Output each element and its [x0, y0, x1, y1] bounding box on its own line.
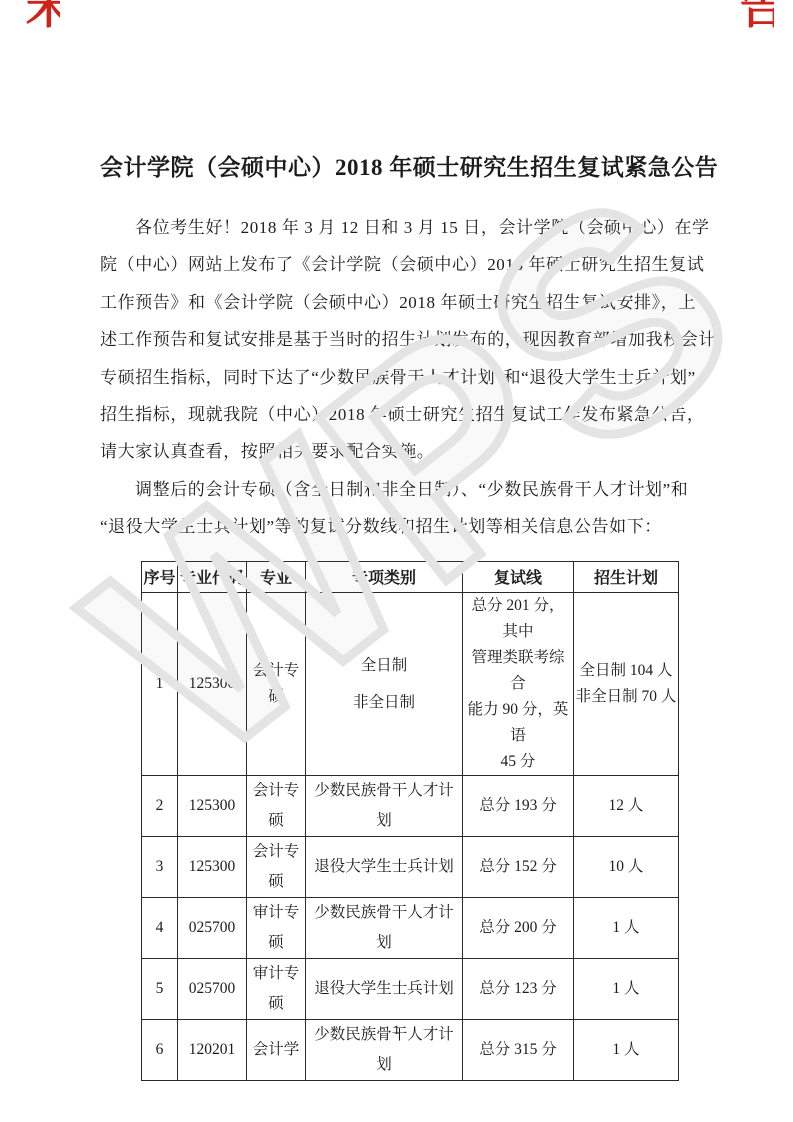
- table-cell-line: 会计专硕: [248, 837, 304, 897]
- table-cell-line: 1 人: [575, 913, 677, 943]
- paragraph-line: 请大家认真查看，按照相关要求配合实施。: [100, 433, 693, 470]
- paragraph-line: 专硕招生指标，同时下达了“少数民族骨干人才计划”和“退役大学生士兵计划”: [100, 359, 693, 396]
- table-cell: 1 人: [574, 958, 679, 1019]
- table-cell-line: 45 分: [464, 749, 572, 775]
- table-cell: 5: [142, 958, 178, 1019]
- red-stamp-glyph-right: 告: [740, 0, 774, 38]
- table-header-cell: 复试线: [463, 561, 574, 592]
- table-cell: 总分 200 分: [463, 897, 574, 958]
- table-cell: 退役大学生士兵计划: [306, 836, 463, 897]
- paragraph-line: 各位考生好！2018 年 3 月 12 日和 3 月 15 日，会计学院（会硕中…: [100, 209, 693, 246]
- table-cell-line: 5: [143, 974, 176, 1004]
- table-cell-line: 1 人: [575, 1035, 677, 1065]
- table-cell-line: 025700: [179, 974, 245, 1004]
- table-header-cell: 招生计划: [574, 561, 679, 592]
- red-stamp-fragment-right: 告: [740, 0, 774, 47]
- table-cell-line: 全日制: [307, 647, 461, 684]
- table-cell-line: 125300: [179, 791, 245, 821]
- table-cell: 会计专硕: [247, 836, 306, 897]
- table-row: 5025700审计专硕退役大学生士兵计划总分 123 分1 人: [142, 958, 679, 1019]
- table-cell-line: 总分 193 分: [464, 791, 572, 821]
- table-cell: 全日制非全日制: [306, 592, 463, 775]
- paragraph: 各位考生好！2018 年 3 月 12 日和 3 月 15 日，会计学院（会硕中…: [100, 209, 693, 471]
- table-cell-line: 6: [143, 1035, 176, 1065]
- table-cell: 审计专硕: [247, 958, 306, 1019]
- table-cell: 会计专硕: [247, 592, 306, 775]
- table-row: 4025700审计专硕少数民族骨干人才计划总分 200 分1 人: [142, 897, 679, 958]
- table-cell-line: 3: [143, 852, 176, 882]
- table-cell-line: 会计学: [248, 1035, 304, 1065]
- paragraph: 调整后的会计专硕（含全日制和非全日制）、“少数民族骨干人才计划”和“退役大学生士…: [100, 471, 693, 546]
- table-cell: 025700: [178, 897, 247, 958]
- table-cell-line: 审计专硕: [248, 959, 304, 1019]
- table-header-cell: 专业代码: [178, 561, 247, 592]
- table-cell-line: 管理类联考综合: [464, 645, 572, 697]
- table-header-cell: 序号: [142, 561, 178, 592]
- table-cell: 少数民族骨干人才计划: [306, 775, 463, 836]
- table-cell: 125300: [178, 836, 247, 897]
- table-cell: 2: [142, 775, 178, 836]
- table-cell: 退役大学生士兵计划: [306, 958, 463, 1019]
- paragraph-line: 述工作预告和复试安排是基于当时的招生计划发布的，现因教育部增加我校会计: [100, 321, 693, 358]
- table-cell: 4: [142, 897, 178, 958]
- table-header: 序号专业代码专业专项类别复试线招生计划: [142, 561, 679, 592]
- table-cell-line: 10 人: [575, 852, 677, 882]
- table-cell-line: 12 人: [575, 791, 677, 821]
- table-cell-line: 125300: [179, 671, 245, 697]
- table-cell: 12 人: [574, 775, 679, 836]
- table-cell: 总分 193 分: [463, 775, 574, 836]
- table-cell-line: 非全日制 70 人: [575, 684, 677, 710]
- table-cell: 125300: [178, 775, 247, 836]
- table-cell-line: 120201: [179, 1035, 245, 1065]
- table-cell-line: 1 人: [575, 974, 677, 1004]
- page-number: 1: [0, 1022, 793, 1038]
- table-cell: 10 人: [574, 836, 679, 897]
- table-cell-line: 总分 201 分，其中: [464, 593, 572, 645]
- table-cell: 会计专硕: [247, 775, 306, 836]
- document-content: 会计学院（会硕中心）2018 年硕士研究生招生复试紧急公告 各位考生好！2018…: [100, 148, 693, 1081]
- admission-plan-table: 序号专业代码专业专项类别复试线招生计划 1125300会计专硕全日制非全日制总分…: [141, 561, 679, 1081]
- table-cell: 审计专硕: [247, 897, 306, 958]
- table-cell-line: 1: [143, 671, 176, 697]
- paragraph-line: 招生指标，现就我院（中心）2018 年硕士研究生招生复试工作发布紧急公告，: [100, 396, 693, 433]
- paragraph-line: 调整后的会计专硕（含全日制和非全日制）、“少数民族骨干人才计划”和: [100, 471, 693, 508]
- table-cell-line: 总分 315 分: [464, 1035, 572, 1065]
- red-stamp-glyph-left: 米: [26, 0, 60, 38]
- table-row: 2125300会计专硕少数民族骨干人才计划总分 193 分12 人: [142, 775, 679, 836]
- table-cell-line: 退役大学生士兵计划: [307, 974, 461, 1004]
- table-cell-line: 4: [143, 913, 176, 943]
- table-body: 1125300会计专硕全日制非全日制总分 201 分，其中管理类联考综合能力 9…: [142, 592, 679, 1080]
- table-header-cell: 专项类别: [306, 561, 463, 592]
- document-page: 米 告 WPS 会计学院（会硕中心）2018 年硕士研究生招生复试紧急公告 各位…: [0, 0, 793, 1122]
- table-cell-line: 总分 152 分: [464, 852, 572, 882]
- body-paragraphs: 各位考生好！2018 年 3 月 12 日和 3 月 15 日，会计学院（会硕中…: [100, 209, 693, 546]
- table-cell: 总分 152 分: [463, 836, 574, 897]
- table-cell-line: 025700: [179, 913, 245, 943]
- table-cell: 总分 201 分，其中管理类联考综合能力 90 分，英语45 分: [463, 592, 574, 775]
- paragraph-line: 院（中心）网站上发布了《会计学院（会硕中心）2018 年硕士研究生招生复试: [100, 246, 693, 283]
- table-cell-line: 2: [143, 791, 176, 821]
- table-header-cell: 专业: [247, 561, 306, 592]
- table-cell-line: 会计专硕: [248, 658, 304, 710]
- document-title: 会计学院（会硕中心）2018 年硕士研究生招生复试紧急公告: [100, 148, 693, 188]
- table-cell-line: 全日制 104 人: [575, 658, 677, 684]
- table-row: 3125300会计专硕退役大学生士兵计划总分 152 分10 人: [142, 836, 679, 897]
- table-cell-line: 少数民族骨干人才计划: [307, 898, 461, 958]
- table-cell-line: 审计专硕: [248, 898, 304, 958]
- table-cell: 3: [142, 836, 178, 897]
- table-cell: 125300: [178, 592, 247, 775]
- table-cell-line: 总分 200 分: [464, 913, 572, 943]
- table-cell-line: 退役大学生士兵计划: [307, 852, 461, 882]
- paragraph-line: “退役大学生士兵计划”等的复试分数线和招生计划等相关信息公告如下：: [100, 508, 693, 545]
- table-cell-line: 少数民族骨干人才计划: [307, 776, 461, 836]
- table-cell: 1 人: [574, 897, 679, 958]
- paragraph-line: 工作预告》和《会计学院（会硕中心）2018 年硕士研究生招生复试安排》，上: [100, 284, 693, 321]
- table-cell-line: 125300: [179, 852, 245, 882]
- table-cell: 总分 123 分: [463, 958, 574, 1019]
- table-header-row: 序号专业代码专业专项类别复试线招生计划: [142, 561, 679, 592]
- table-cell-line: 能力 90 分，英语: [464, 697, 572, 749]
- red-stamp-fragment-left: 米: [26, 0, 60, 47]
- table-cell: 全日制 104 人非全日制 70 人: [574, 592, 679, 775]
- table-cell-line: 会计专硕: [248, 776, 304, 836]
- table-cell-line: 总分 123 分: [464, 974, 572, 1004]
- table-cell: 1: [142, 592, 178, 775]
- table-row: 1125300会计专硕全日制非全日制总分 201 分，其中管理类联考综合能力 9…: [142, 592, 679, 775]
- table-cell: 少数民族骨干人才计划: [306, 897, 463, 958]
- table-cell-line: 非全日制: [307, 684, 461, 721]
- table-cell: 025700: [178, 958, 247, 1019]
